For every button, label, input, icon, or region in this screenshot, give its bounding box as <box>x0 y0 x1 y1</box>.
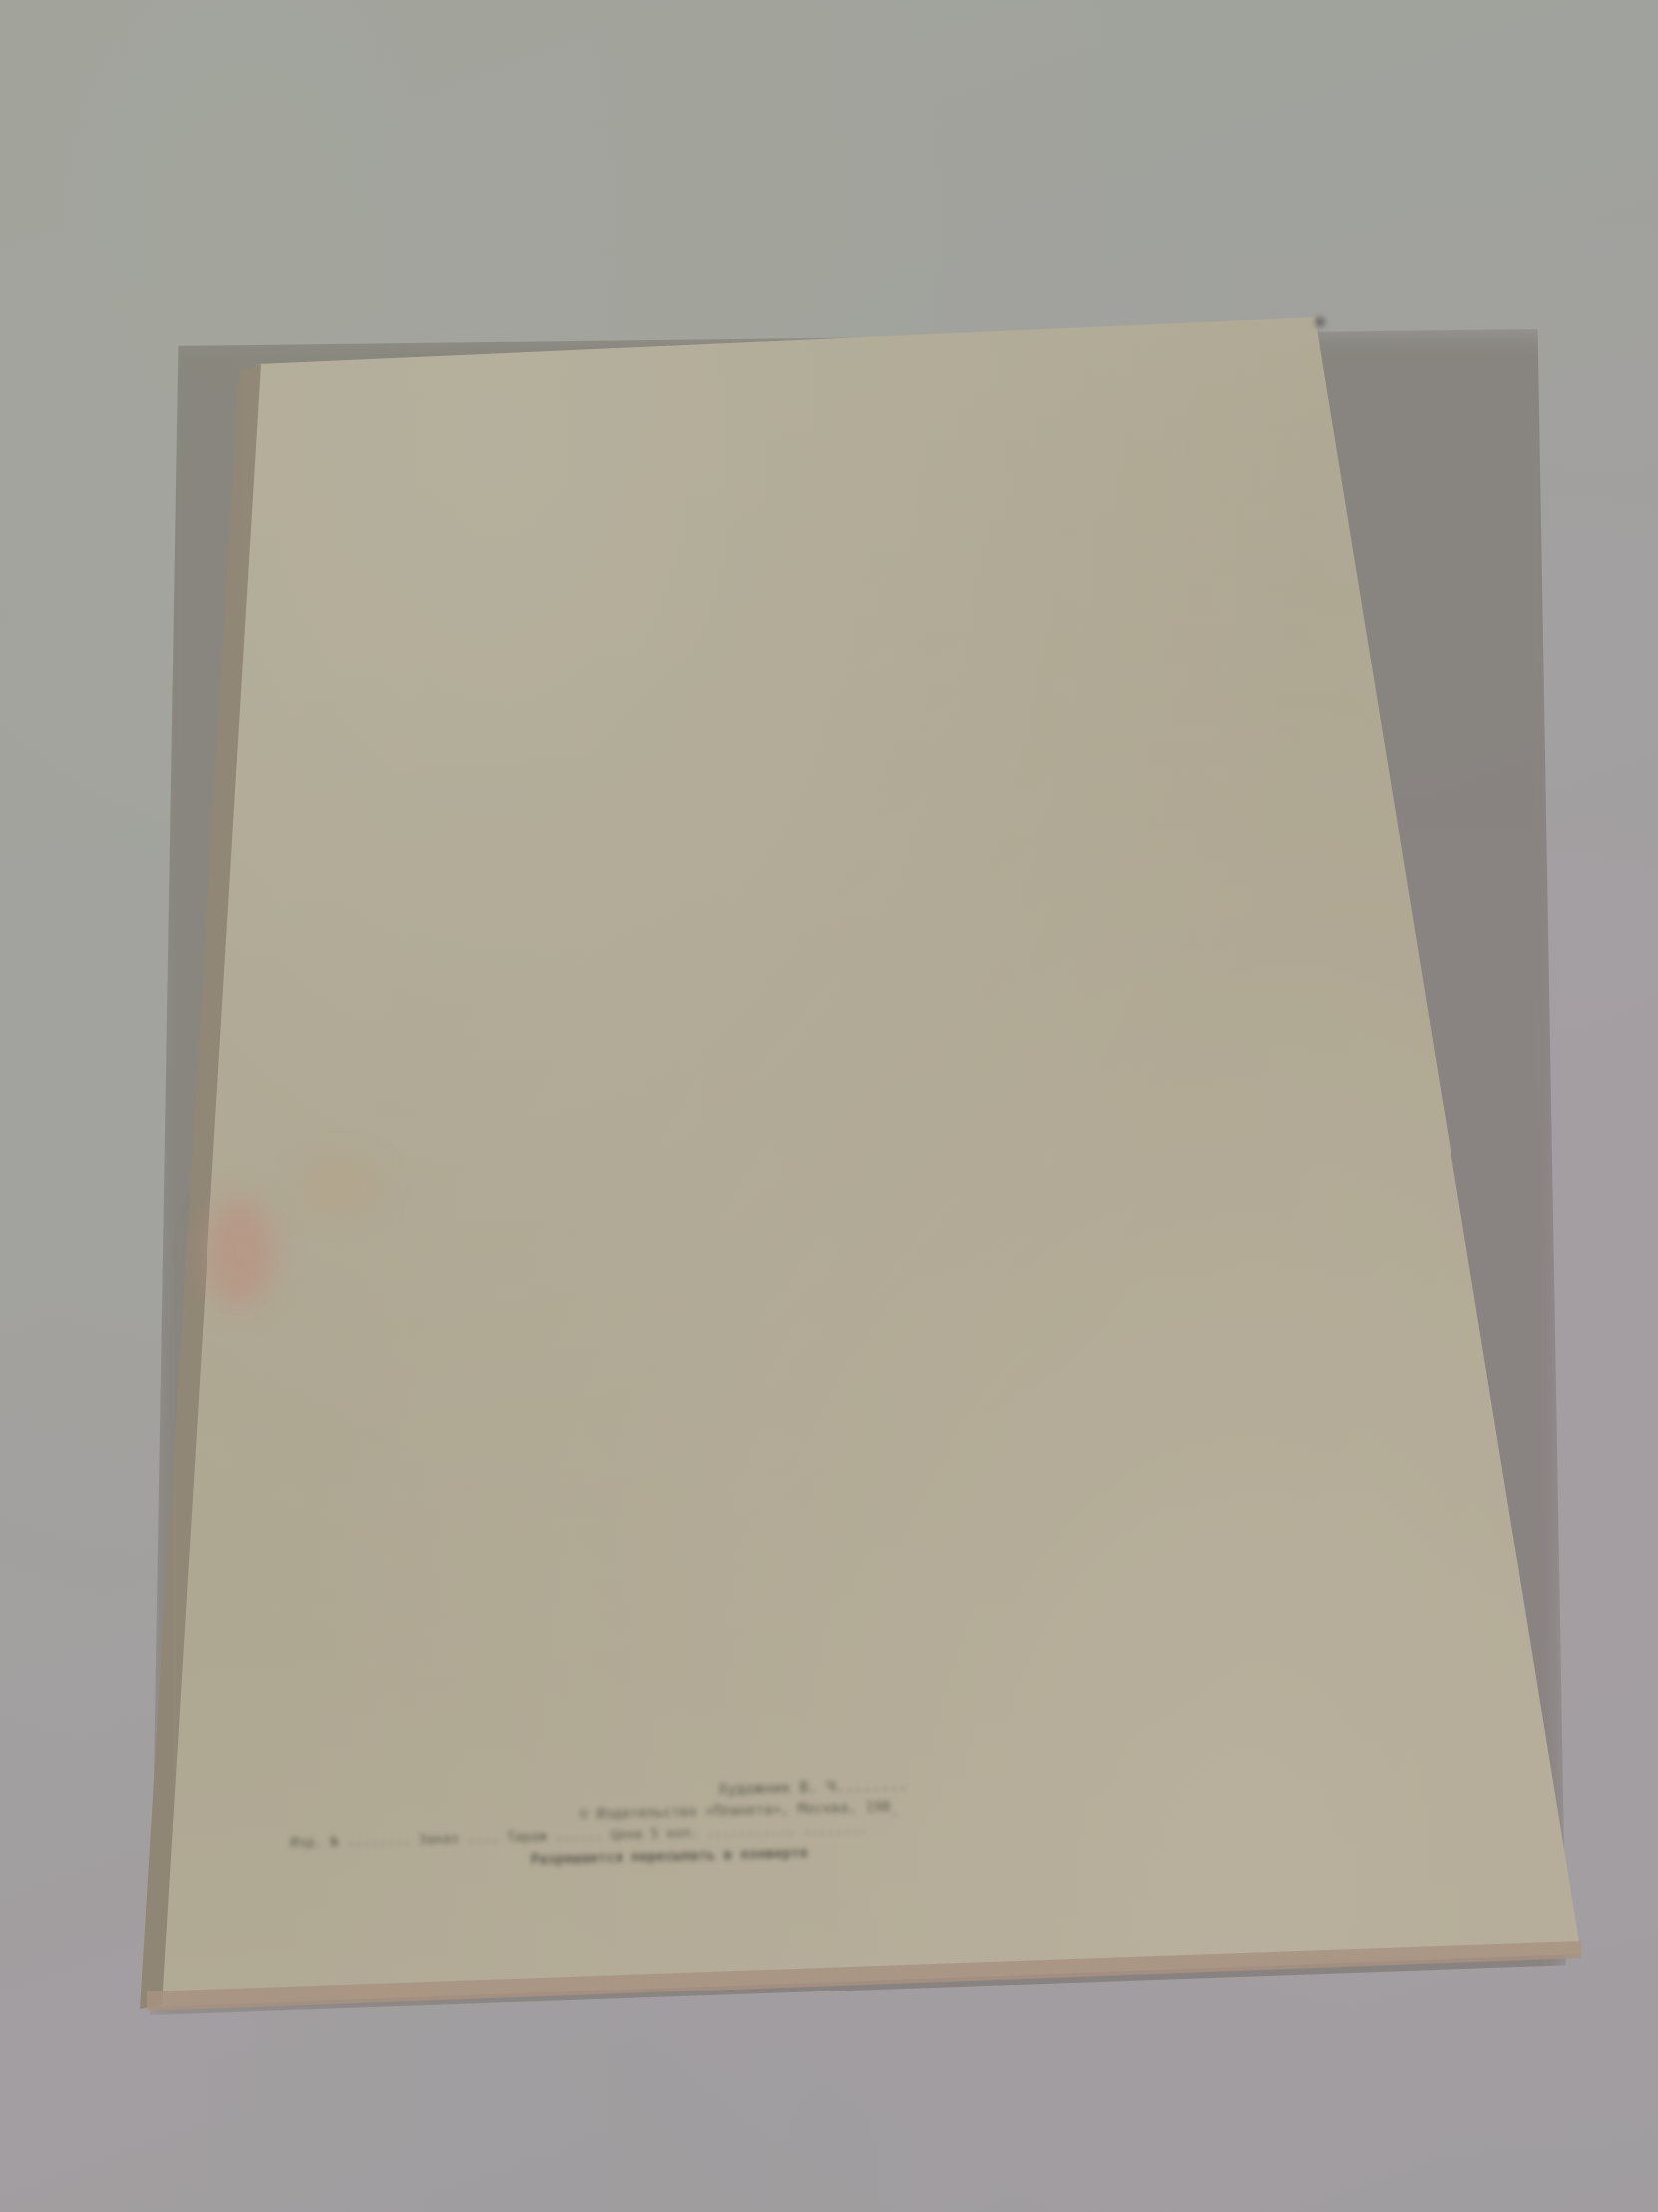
corner-mark <box>1315 317 1325 327</box>
photo-scene: Художник В. Ч........ © Издательство «Пл… <box>0 0 1658 2212</box>
